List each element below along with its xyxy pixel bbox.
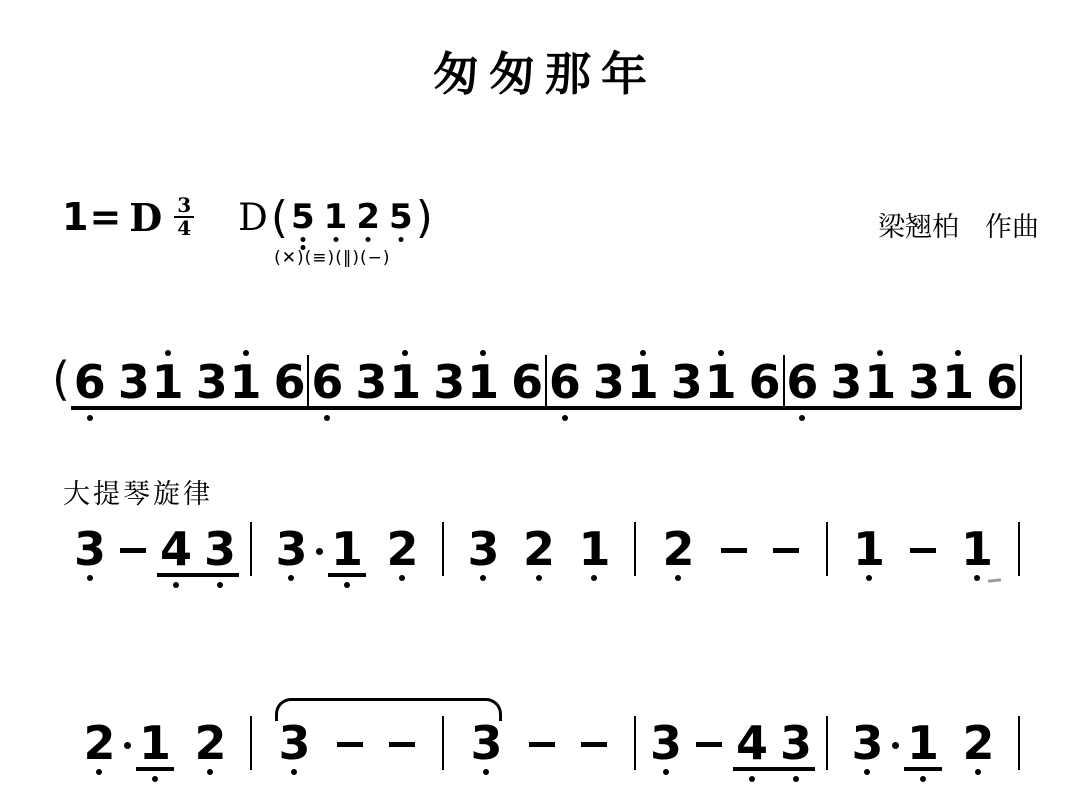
note-digit: 3 bbox=[275, 530, 307, 568]
note: 3 bbox=[593, 363, 625, 401]
octave-dot-below bbox=[663, 769, 669, 775]
beam-underline bbox=[308, 406, 390, 410]
octave-dot-below bbox=[562, 415, 568, 421]
sheet-page: 匆匆那年 1= D 3 4 D ( 5125 ) (✕)(≡)(‖)(−) 梁翘… bbox=[0, 0, 1080, 800]
note: 1 bbox=[578, 530, 610, 568]
note: 2 bbox=[194, 724, 226, 762]
note-digit: 3 bbox=[433, 363, 465, 401]
duration-dash bbox=[529, 742, 555, 747]
octave-dot-below bbox=[344, 582, 350, 588]
note-digit: 1 bbox=[467, 363, 499, 401]
beam-underline bbox=[783, 406, 865, 410]
note: 3 bbox=[433, 363, 465, 401]
octave-dot-above bbox=[165, 350, 171, 356]
duration-dash bbox=[773, 548, 799, 553]
note-digit: 3 bbox=[196, 363, 228, 401]
duration-dash bbox=[337, 742, 363, 747]
composer-credit: 梁翘柏 作曲 bbox=[878, 205, 1039, 244]
octave-dot-below bbox=[920, 776, 926, 782]
octave-dot-below bbox=[207, 769, 213, 775]
measure: 312 bbox=[252, 530, 442, 568]
note-digit: 1 bbox=[853, 530, 885, 568]
note-digit: 2 bbox=[662, 530, 694, 568]
string-numbers: (✕)(≡)(‖)(−) bbox=[274, 248, 390, 268]
octave-dot-below bbox=[799, 415, 805, 421]
eighth-underline bbox=[904, 767, 942, 771]
octave-dot-below bbox=[217, 582, 223, 588]
note: 2 bbox=[962, 724, 994, 762]
note-digit: 1 bbox=[324, 202, 348, 232]
note-digit: 5 bbox=[291, 202, 315, 232]
beam-underline bbox=[546, 406, 628, 410]
tuning-open-paren: ( bbox=[271, 192, 288, 243]
beam-group: 43 bbox=[160, 530, 236, 568]
beam-group: 63 bbox=[549, 363, 625, 401]
time-numerator: 3 bbox=[174, 195, 194, 218]
octave-dot-above bbox=[243, 350, 249, 356]
note: 1 bbox=[331, 530, 363, 568]
note: 4 bbox=[736, 724, 768, 762]
measure: 321 bbox=[444, 530, 634, 568]
duration-dash bbox=[910, 548, 936, 553]
note: 3 bbox=[780, 724, 812, 762]
note: 6 bbox=[274, 363, 306, 401]
note-digit: 5 bbox=[389, 202, 413, 232]
note-digit: 2 bbox=[83, 724, 115, 762]
tuning-key-letter: D bbox=[238, 196, 268, 239]
key-signature: 1= D 3 4 bbox=[62, 193, 194, 241]
tuning-notes: 5125 bbox=[291, 202, 413, 232]
note: 3 bbox=[671, 363, 703, 401]
beam-group: 16 bbox=[230, 363, 306, 401]
string-1: (−) bbox=[360, 248, 391, 268]
note-digit: 1 bbox=[864, 363, 896, 401]
octave-dot-below bbox=[864, 769, 870, 775]
note-digit: 1 bbox=[389, 363, 421, 401]
note: 6 bbox=[786, 363, 818, 401]
note-digit: 6 bbox=[986, 363, 1018, 401]
augmentation-dot bbox=[892, 742, 899, 749]
note-digit: 3 bbox=[830, 363, 862, 401]
song-title: 匆匆那年 bbox=[0, 38, 1080, 104]
note-digit: 6 bbox=[511, 363, 543, 401]
octave-dot-above bbox=[955, 350, 961, 356]
score-line-intro: (631316631316631316631316 bbox=[52, 350, 1022, 414]
time-signature: 3 4 bbox=[174, 195, 194, 239]
barline bbox=[1020, 355, 1022, 409]
octave-dot-above bbox=[718, 350, 724, 356]
beam-group: 63 bbox=[74, 363, 150, 401]
note-digit: 1 bbox=[230, 363, 262, 401]
octave-dot-below bbox=[536, 575, 542, 581]
duration-dash bbox=[696, 742, 722, 747]
key-prefix: 1= bbox=[62, 195, 122, 239]
note: 2 bbox=[662, 530, 694, 568]
octave-dot-below bbox=[675, 575, 681, 581]
note-digit: 6 bbox=[786, 363, 818, 401]
string-3: (≡) bbox=[305, 248, 336, 268]
measure: 3 bbox=[252, 724, 442, 762]
octave-dot-below bbox=[87, 415, 93, 421]
note: 6 bbox=[511, 363, 543, 401]
octave-dot-above bbox=[480, 350, 486, 356]
octave-dot-below bbox=[173, 582, 179, 588]
beam-underline bbox=[624, 406, 706, 410]
tuning-close-paren: ) bbox=[416, 192, 433, 243]
note: 3 bbox=[355, 363, 387, 401]
duration-dash bbox=[389, 742, 415, 747]
note: 6 bbox=[986, 363, 1018, 401]
note-digit: 3 bbox=[204, 530, 236, 568]
note-digit: 1 bbox=[152, 363, 184, 401]
note: 6 bbox=[749, 363, 781, 401]
measure: 3 bbox=[444, 724, 634, 762]
note-digit: 3 bbox=[671, 363, 703, 401]
note: 1 bbox=[230, 363, 262, 401]
phrase-open-paren: ( bbox=[52, 352, 70, 406]
note: 1 bbox=[627, 363, 659, 401]
note-digit: 1 bbox=[627, 363, 659, 401]
duration-dash bbox=[721, 548, 747, 553]
note-digit: 2 bbox=[356, 202, 380, 232]
note: 2 bbox=[523, 530, 555, 568]
beam-group: 63 bbox=[311, 363, 387, 401]
octave-dot-below bbox=[324, 415, 330, 421]
octave-dot-below bbox=[152, 776, 158, 782]
note-digit: 3 bbox=[470, 724, 502, 762]
note-digit: 3 bbox=[851, 724, 883, 762]
note-digit: 2 bbox=[194, 724, 226, 762]
note-digit: 3 bbox=[74, 530, 106, 568]
beam-group: 16 bbox=[942, 363, 1018, 401]
augmentation-dot bbox=[316, 548, 323, 555]
note: 1 bbox=[152, 363, 184, 401]
note-digit: 1 bbox=[331, 530, 363, 568]
measure: 312 bbox=[828, 724, 1018, 762]
beam-underline bbox=[157, 573, 239, 577]
beam-group: 13 bbox=[627, 363, 703, 401]
key-letter: D bbox=[129, 195, 162, 240]
note-digit: 6 bbox=[749, 363, 781, 401]
note: 3 bbox=[908, 363, 940, 401]
beam-underline bbox=[939, 406, 1021, 410]
note: 3 bbox=[196, 363, 228, 401]
beam-underline bbox=[733, 767, 815, 771]
measure: 2 bbox=[636, 530, 826, 568]
octave-dot-below bbox=[974, 575, 980, 581]
note-digit: 3 bbox=[908, 363, 940, 401]
note-digit: 2 bbox=[523, 530, 555, 568]
beam-underline bbox=[386, 406, 468, 410]
composer-name: 梁翘柏 bbox=[878, 205, 959, 244]
octave-dot-above bbox=[402, 350, 408, 356]
tuning-block: D ( 5125 ) (✕)(≡)(‖)(−) bbox=[238, 193, 433, 241]
note: 2 bbox=[386, 530, 418, 568]
measure: 343 bbox=[60, 530, 250, 568]
score-line-melody-1: 343312321211 bbox=[60, 517, 1020, 581]
octave-dot-above bbox=[640, 350, 646, 356]
measure: 631316 bbox=[309, 363, 545, 401]
measure: 631316 bbox=[785, 363, 1021, 401]
note: 3 bbox=[470, 724, 502, 762]
note-digit: 1 bbox=[705, 363, 737, 401]
octave-dot-below bbox=[975, 769, 981, 775]
note: 3 bbox=[74, 530, 106, 568]
tie-arc bbox=[275, 698, 501, 721]
section-label: 大提琴旋律 bbox=[63, 472, 213, 511]
octave-dot-below bbox=[591, 575, 597, 581]
note: 1 bbox=[324, 202, 348, 232]
octave-dot-below bbox=[333, 237, 338, 242]
beam-group: 13 bbox=[864, 363, 940, 401]
string-2: (‖) bbox=[335, 248, 360, 268]
note: 1 bbox=[389, 363, 421, 401]
stray-mark bbox=[988, 578, 1001, 582]
note: 1 bbox=[942, 363, 974, 401]
score-line-melody-2: 21233343312 bbox=[60, 711, 1020, 775]
measure: 212 bbox=[60, 724, 250, 762]
beam-underline bbox=[702, 406, 784, 410]
note: 1 bbox=[864, 363, 896, 401]
beam-group: 43 bbox=[736, 724, 812, 762]
octave-dot-below bbox=[300, 237, 305, 242]
note-digit: 3 bbox=[355, 363, 387, 401]
octave-dot-below bbox=[87, 575, 93, 581]
time-denominator: 4 bbox=[177, 218, 191, 239]
note: 6 bbox=[311, 363, 343, 401]
note-digit: 3 bbox=[780, 724, 812, 762]
octave-dot-above bbox=[877, 350, 883, 356]
note: 1 bbox=[907, 724, 939, 762]
note: 2 bbox=[83, 724, 115, 762]
note-digit: 1 bbox=[961, 530, 993, 568]
note-digit: 4 bbox=[736, 724, 768, 762]
note-digit: 3 bbox=[118, 363, 150, 401]
octave-dot-below bbox=[96, 769, 102, 775]
measure: 11 bbox=[828, 530, 1018, 568]
beam-underline bbox=[71, 406, 153, 410]
note-digit: 3 bbox=[278, 724, 310, 762]
beam-group: 13 bbox=[389, 363, 465, 401]
note-digit: 1 bbox=[578, 530, 610, 568]
note-digit: 1 bbox=[942, 363, 974, 401]
barline bbox=[1018, 522, 1020, 576]
note: 6 bbox=[74, 363, 106, 401]
octave-dot-below bbox=[866, 575, 872, 581]
octave-dot-below bbox=[366, 237, 371, 242]
note-digit: 1 bbox=[907, 724, 939, 762]
note-digit: 6 bbox=[311, 363, 343, 401]
octave-dot-below bbox=[793, 776, 799, 782]
note: 3 bbox=[851, 724, 883, 762]
note: 4 bbox=[160, 530, 192, 568]
note: 3 bbox=[118, 363, 150, 401]
eighth-underline bbox=[136, 767, 174, 771]
note-digit: 3 bbox=[467, 530, 499, 568]
octave-dot-below bbox=[483, 769, 489, 775]
key-signature-block: 1= D 3 4 D ( 5125 ) (✕)(≡)(‖)(−) bbox=[62, 193, 433, 241]
beam-group: 16 bbox=[705, 363, 781, 401]
note-digit: 2 bbox=[962, 724, 994, 762]
octave-dot-below bbox=[480, 575, 486, 581]
note: 3 bbox=[204, 530, 236, 568]
beam-group: 13 bbox=[152, 363, 228, 401]
note: 1 bbox=[853, 530, 885, 568]
measure: 631316 bbox=[547, 363, 783, 401]
note-digit: 6 bbox=[274, 363, 306, 401]
beam-group: 63 bbox=[786, 363, 862, 401]
note: 3 bbox=[278, 724, 310, 762]
note: 1 bbox=[961, 530, 993, 568]
note: 3 bbox=[830, 363, 862, 401]
note: 2 bbox=[356, 202, 380, 232]
octave-dot-below bbox=[749, 776, 755, 782]
note-digit: 6 bbox=[549, 363, 581, 401]
octave-dot-below bbox=[288, 575, 294, 581]
octave-dot-below bbox=[291, 769, 297, 775]
note: 3 bbox=[650, 724, 682, 762]
barline bbox=[1018, 716, 1020, 770]
note: 3 bbox=[275, 530, 307, 568]
note: 1 bbox=[467, 363, 499, 401]
note: 5 bbox=[291, 202, 315, 232]
beam-underline bbox=[149, 406, 231, 410]
beam-group: 16 bbox=[467, 363, 543, 401]
measure: 631316 bbox=[72, 363, 308, 401]
note: 5 bbox=[389, 202, 413, 232]
beam-underline bbox=[464, 406, 546, 410]
beam-underline bbox=[227, 406, 309, 410]
note-digit: 6 bbox=[74, 363, 106, 401]
note-digit: 4 bbox=[160, 530, 192, 568]
note-digit: 3 bbox=[650, 724, 682, 762]
eighth-underline bbox=[328, 573, 366, 577]
octave-dot-below bbox=[399, 575, 405, 581]
note-digit: 2 bbox=[386, 530, 418, 568]
note: 3 bbox=[467, 530, 499, 568]
augmentation-dot bbox=[124, 742, 131, 749]
note: 6 bbox=[549, 363, 581, 401]
measure: 343 bbox=[636, 724, 826, 762]
string-4: (✕) bbox=[274, 248, 305, 268]
beam-underline bbox=[861, 406, 943, 410]
composer-role: 作曲 bbox=[985, 205, 1039, 244]
octave-dot-below bbox=[398, 237, 403, 242]
note: 1 bbox=[705, 363, 737, 401]
duration-dash bbox=[120, 548, 146, 553]
duration-dash bbox=[581, 742, 607, 747]
note: 1 bbox=[139, 724, 171, 762]
note-digit: 1 bbox=[139, 724, 171, 762]
note-digit: 3 bbox=[593, 363, 625, 401]
